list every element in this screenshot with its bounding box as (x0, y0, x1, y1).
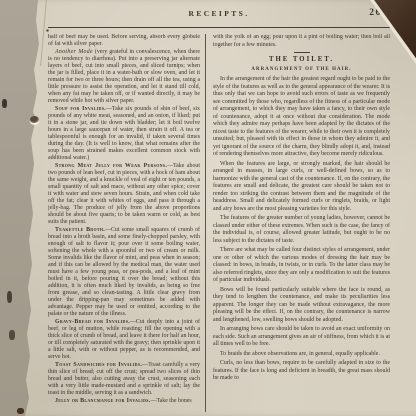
paragraph-lead: Toast Sandwiches for Invalids. (55, 362, 142, 368)
paragraph-lead: Another Mode (55, 49, 93, 55)
paragraph-lead: Soup for Invalids. (55, 106, 106, 112)
section-title: THE TOILET. (213, 56, 390, 64)
paragraph: Bows will be found particularly suitable… (213, 287, 390, 325)
paragraph: Soup for Invalids.—Take six pounds of sh… (48, 106, 200, 162)
paragraph: Jelly or Blancmange for Invalids.—Take t… (48, 398, 200, 405)
paragraph-lead: Gravy-Bread for Invalids. (55, 319, 130, 325)
paper-hole (9, 330, 15, 340)
header-rule (48, 27, 390, 28)
paragraph: Gravy-Bread for Invalids.—Cut deeply int… (48, 319, 200, 361)
printer-mark (46, 29, 49, 32)
text-columns: half of beef may be used. Before serving… (48, 34, 390, 412)
paragraph: In arranging bows care should be taken t… (213, 326, 390, 349)
left-column: half of beef may be used. Before serving… (48, 34, 206, 412)
paragraph: In the arrangement of the hair the great… (213, 76, 390, 159)
paragraph: Curls, no less than bows, require to be … (213, 360, 390, 383)
paragraph: with the yolk of an egg; pour upon it a … (213, 34, 390, 49)
section-divider (294, 52, 310, 53)
section-subtitle: ARRANGEMENT OF THE HAIR. (213, 66, 390, 74)
photo-backdrop: RECEIPTS. 267 half of beef may be used. … (0, 0, 416, 416)
paragraph: When the features are large, or strongly… (213, 161, 390, 214)
column-continuation: with the yolk of an egg; pour upon it a … (213, 34, 390, 49)
printed-content: RECEIPTS. 267 half of beef may be used. … (48, 9, 390, 416)
paragraph: To braids the above observations are, in… (213, 351, 390, 359)
paper-hole (7, 291, 12, 303)
section-paragraphs: In the arrangement of the hair the great… (213, 76, 390, 383)
paragraph: Strong Meat Jelly for Weak Persons.—Take… (48, 163, 200, 226)
paragraph-lead: Teakettle Broth. (55, 227, 105, 233)
paper-hole (30, 116, 39, 123)
paragraph: There are what may be called four distin… (213, 247, 390, 285)
right-column: with the yolk of an egg; pour upon it a … (206, 34, 390, 412)
paragraph: The features of the greater number of yo… (213, 215, 390, 245)
paper-hole (2, 99, 7, 108)
page-header: RECEIPTS. 267 (48, 9, 390, 25)
paragraph: half of beef may be used. Before serving… (48, 34, 200, 48)
paragraph-lead: Jelly or Blancmange for Invalids. (55, 398, 151, 404)
paragraph-lead: Strong Meat Jelly for Weak Persons. (55, 163, 167, 169)
running-title: RECEIPTS. (48, 9, 390, 18)
paper-hole (17, 408, 24, 414)
paragraph: Teakettle Broth.—Cut some small squares … (48, 227, 200, 318)
paper-crease (40, 0, 47, 66)
book-page: RECEIPTS. 267 half of beef may be used. … (0, 0, 416, 416)
paragraph: Toast Sandwiches for Invalids.—Toast car… (48, 362, 200, 397)
paragraph: Another Mode (very grateful in convalesc… (48, 49, 200, 105)
